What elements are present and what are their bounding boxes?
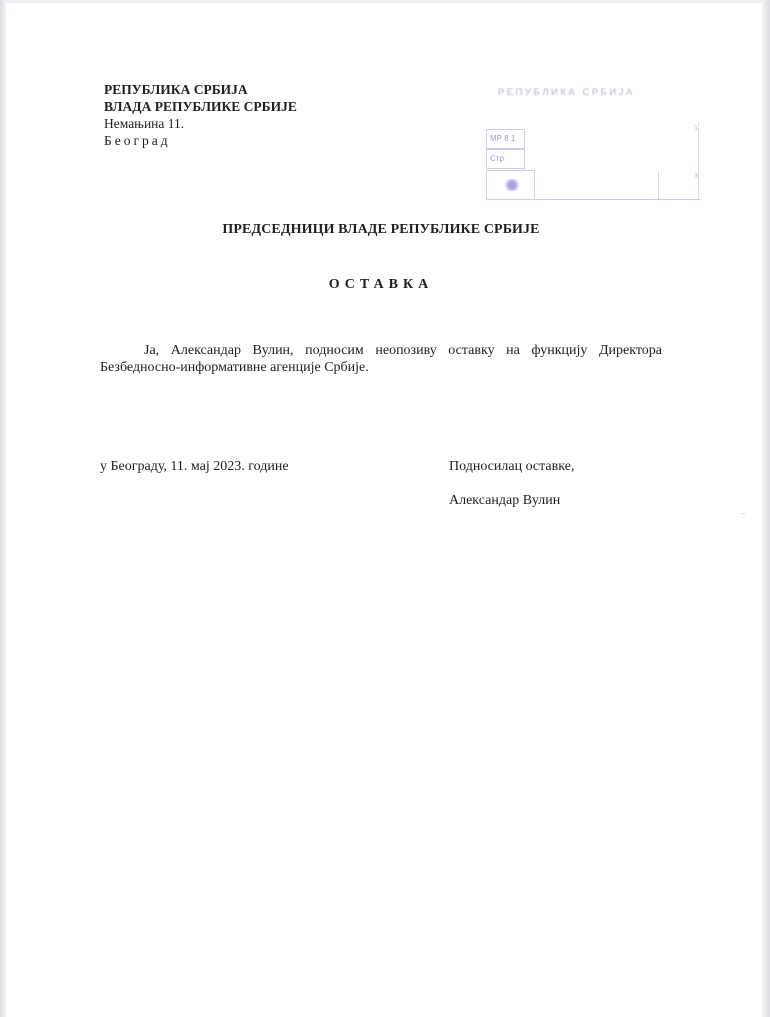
signer-name: Александар Вулин bbox=[449, 493, 560, 509]
addressee-heading: ПРЕДСЕДНИЦИ ВЛАДЕ РЕПУБЛИКЕ СРБИЈЕ bbox=[6, 222, 756, 238]
place-and-date: у Београду, 11. мај 2023. године bbox=[100, 459, 289, 475]
signer-label: Подносилац оставке, bbox=[449, 459, 574, 475]
stamp-cell-page: Стр bbox=[486, 149, 525, 169]
stamp-box: МР 8 1 Стр 1 3 bbox=[486, 129, 700, 200]
document-title: ОСТАВКА bbox=[6, 277, 756, 293]
stamp-divider bbox=[698, 123, 699, 199]
scan-speck bbox=[742, 513, 745, 514]
sender-block: РЕПУБЛИКА СРБИЈА ВЛАДА РЕПУБЛИКЕ СРБИЈЕ … bbox=[104, 81, 297, 149]
vertical-scrollbar[interactable] bbox=[759, 0, 768, 1017]
stamp-title-text: РЕПУБЛИКА СРБИЈА bbox=[498, 87, 635, 98]
document-viewer: РЕПУБЛИКА СРБИЈА ВЛАДА РЕПУБЛИКЕ СРБИЈЕ … bbox=[0, 0, 770, 1017]
sender-address: Немањина 11. bbox=[104, 115, 297, 132]
sender-government: ВЛАДА РЕПУБЛИКЕ СРБИЈЕ bbox=[104, 98, 297, 115]
stamp-seal-blot bbox=[504, 179, 520, 191]
stamp-divider bbox=[658, 171, 659, 199]
registry-stamp: РЕПУБЛИКА СРБИЈА МР 8 1 Стр 1 3 bbox=[480, 85, 702, 201]
stamp-cell-number: МР 8 1 bbox=[486, 129, 525, 149]
sender-republic: РЕПУБЛИКА СРБИЈА bbox=[104, 81, 297, 98]
resignation-statement: Ја, Александар Вулин, подносим неопозиву… bbox=[100, 342, 662, 376]
stamp-title: РЕПУБЛИКА СРБИЈА bbox=[498, 87, 635, 98]
sender-city: Београд bbox=[104, 132, 297, 149]
document-page: РЕПУБЛИКА СРБИЈА ВЛАДА РЕПУБЛИКЕ СРБИЈЕ … bbox=[6, 3, 756, 1017]
